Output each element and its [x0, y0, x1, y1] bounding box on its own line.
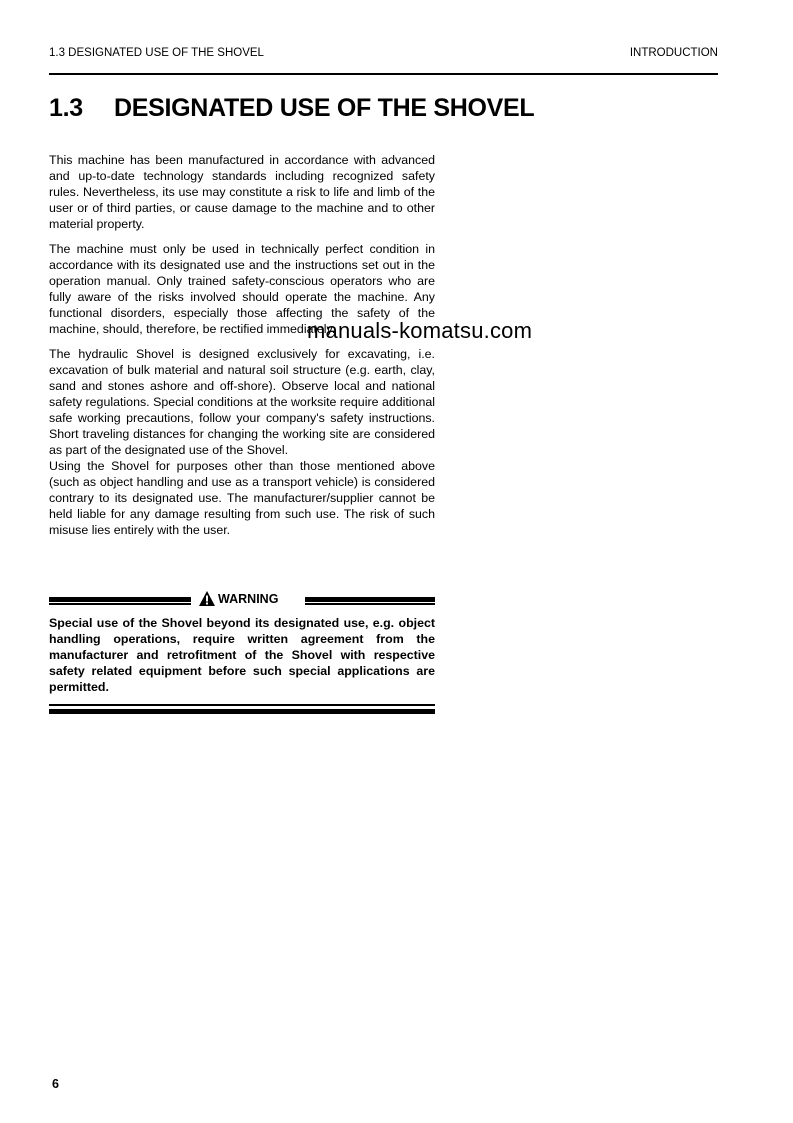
warning-triangle-icon	[199, 591, 215, 606]
header-divider	[49, 73, 718, 75]
paragraph-intro: This machine has been manufactured in ac…	[49, 152, 435, 232]
paragraph-misuse: Using the Shovel for purposes other than…	[49, 458, 435, 538]
running-header-section: 1.3 DESIGNATED USE OF THE SHOVEL	[49, 47, 264, 59]
warning-header: WARNING	[49, 590, 435, 608]
warning-rule-left	[49, 597, 191, 605]
body-text-column: This machine has been manufactured in ac…	[49, 152, 435, 547]
warning-label: WARNING	[199, 591, 278, 606]
page-number: 6	[52, 1077, 59, 1091]
warning-label-text: WARNING	[218, 592, 278, 606]
page-title: 1.3DESIGNATED USE OF THE SHOVEL	[49, 94, 534, 123]
watermark: manuals-komatsu.com	[307, 318, 532, 344]
section-number: 1.3	[49, 94, 114, 123]
section-title-text: DESIGNATED USE OF THE SHOVEL	[114, 94, 534, 122]
warning-text: Special use of the Shovel beyond its des…	[49, 615, 435, 695]
paragraph-designated-use: The hydraulic Shovel is designed exclusi…	[49, 346, 435, 458]
warning-footer-rule	[49, 704, 435, 714]
warning-rule-right	[305, 597, 435, 605]
running-header-chapter: INTRODUCTION	[630, 47, 718, 59]
running-header: 1.3 DESIGNATED USE OF THE SHOVEL INTRODU…	[49, 47, 718, 63]
warning-box: WARNING Special use of the Shovel beyond…	[49, 590, 435, 714]
